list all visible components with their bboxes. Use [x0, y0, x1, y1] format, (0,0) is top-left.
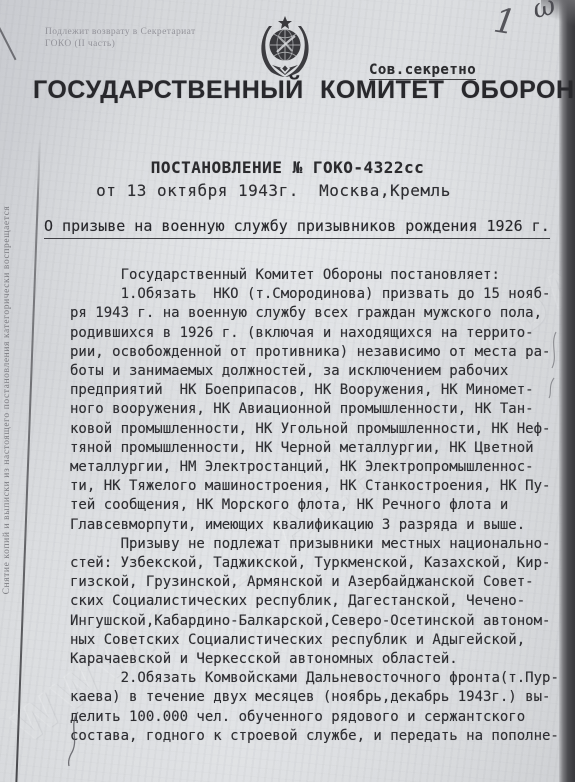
ussr-coat-of-arms-icon: [256, 15, 314, 79]
decree-date-line: от 13 октября 1943г. Москва,Кремль: [0, 181, 561, 200]
return-stamp: Подлежит возврату в Секретариат ГОКО (II…: [45, 26, 196, 50]
body-paragraph: 2.Обязать Комвойсками Дальневосточного ф…: [70, 669, 570, 746]
decree-body: Государственный Комитет Обороны постанов…: [70, 266, 570, 746]
corner-crease-line: [0, 26, 16, 61]
document-page: WWW.SOLDAT.RU WWW.SOLDAT.RU Снятие копий…: [0, 0, 575, 782]
decree-subject-line: О призыве на военную службу призывников …: [44, 217, 550, 239]
organization-title: ГОСУДАРСТВЕННЫЙ КОМИТЕТ ОБОРОНЫ: [33, 76, 553, 105]
body-paragraph: 1.Обязать НКО (т.Смородинова) призвать д…: [70, 285, 570, 535]
body-intro-line: Государственный Комитет Обороны постанов…: [70, 266, 570, 285]
handwritten-page-number: 1: [491, 1, 519, 44]
decree-number-line: ПОСТАНОВЛЕНИЕ № ГОКО-4322сс: [0, 158, 575, 177]
margin-prohibition-note: Снятие копий и выписки из настоящего пос…: [2, 140, 16, 660]
body-paragraph: Призыву не подлежат призывники местных н…: [70, 535, 570, 669]
return-stamp-line2: ГОКО (II часть): [45, 38, 196, 50]
return-stamp-line1: Подлежит возврату в Секретариат: [45, 26, 196, 38]
fold-crease-line: [15, 138, 40, 782]
